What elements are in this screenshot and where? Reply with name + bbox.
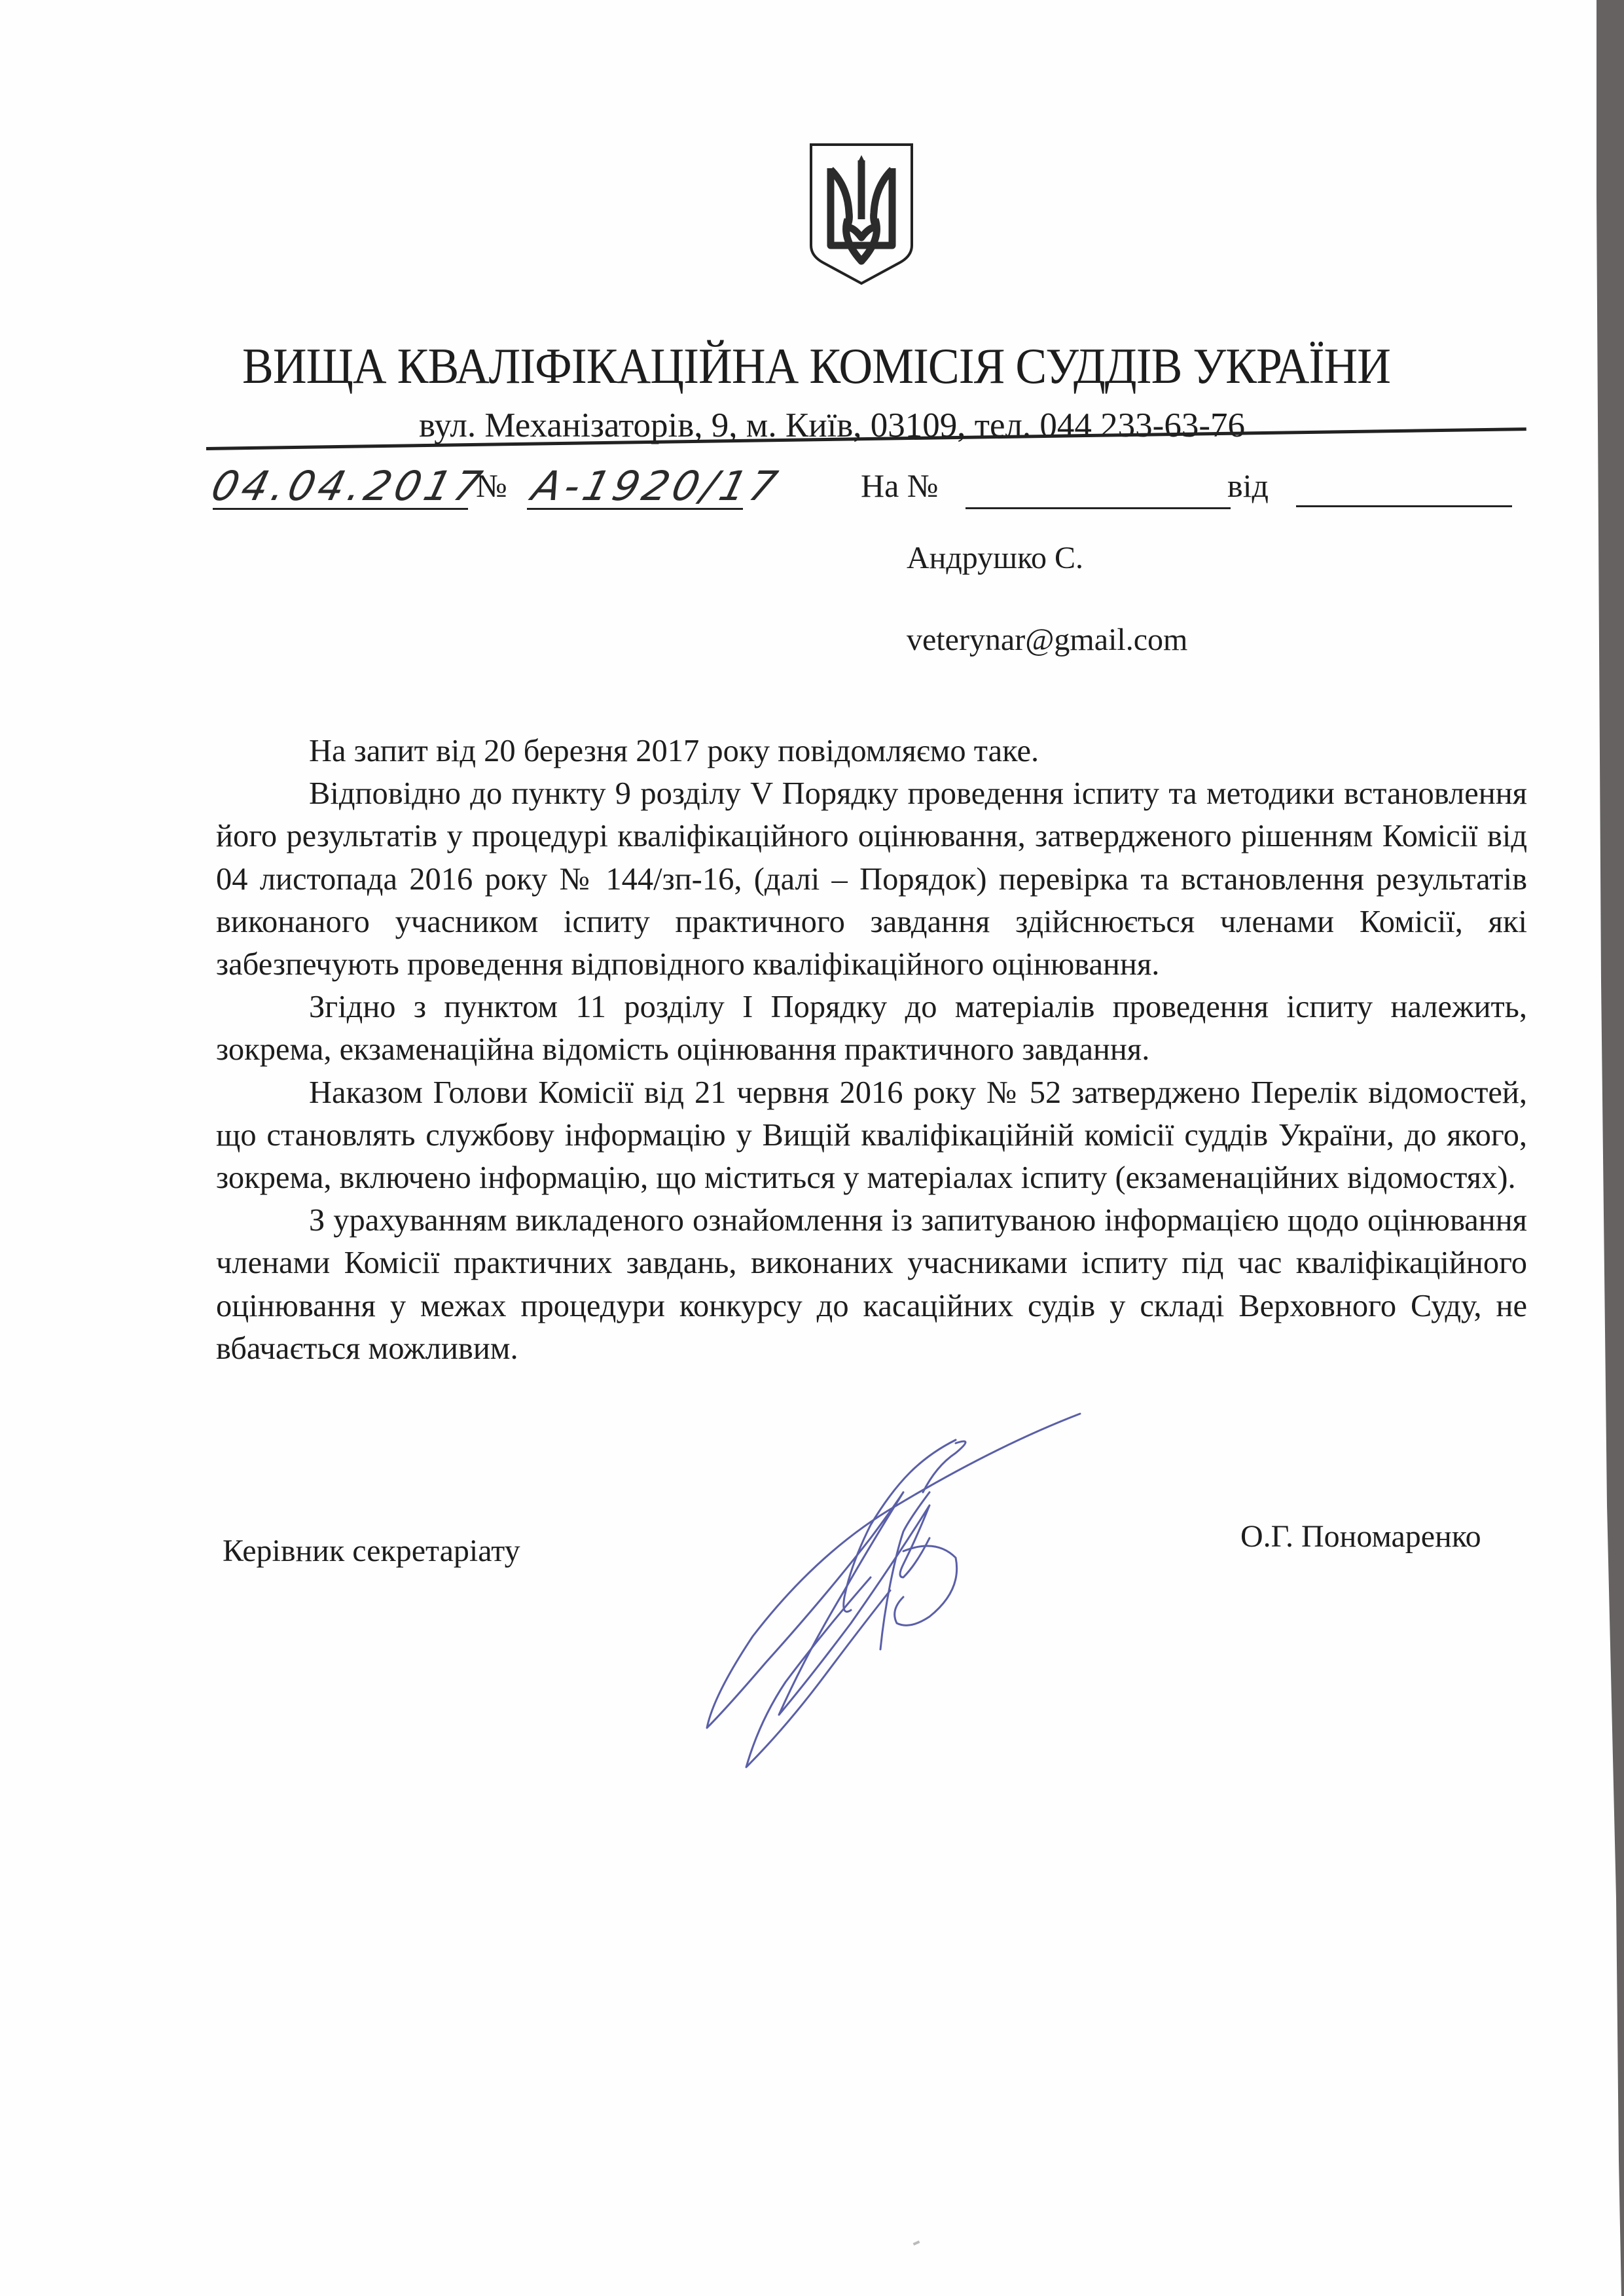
paragraph-procedure: Відповідно до пункту 9 розділу V Порядку… <box>216 772 1527 986</box>
paragraph-materials: Згідно з пунктом 11 розділу I Порядку до… <box>216 986 1527 1071</box>
outgoing-number: А-1920/17 <box>528 462 786 510</box>
paragraph-conclusion: З урахуванням викладеного ознайомлення і… <box>216 1199 1527 1370</box>
from-label: від <box>1227 467 1269 505</box>
recipient-email: veterynar@gmail.com <box>907 622 1187 658</box>
recipient-name: Андрушко С. <box>907 540 1083 576</box>
organization-title: ВИЩА КВАЛІФІКАЦІЙНА КОМІСІЯ СУДДІВ УКРАЇ… <box>242 337 1399 395</box>
registration-row: 04.04.2017 № А-1920/17 На № від <box>206 458 1535 517</box>
coat-of-arms-icon <box>808 141 914 286</box>
outgoing-date: 04.04.2017 <box>207 462 490 510</box>
scan-edge-shadow <box>1585 0 1624 2296</box>
reply-to-underline-ext <box>969 507 1231 509</box>
date-underline <box>213 508 468 510</box>
paragraph-request: На запит від 20 березня 2017 року повідо… <box>216 730 1527 772</box>
reply-to-label: На № <box>861 467 939 505</box>
handwritten-signature-icon <box>655 1401 1113 1793</box>
paragraph-order: Наказом Голови Комісії від 21 червня 201… <box>216 1071 1527 1200</box>
signatory-position: Керівник секретаріату <box>223 1533 520 1569</box>
letter-body: На запит від 20 березня 2017 року повідо… <box>216 730 1527 1370</box>
scan-speck <box>913 2240 920 2246</box>
signatory-name: О.Г. Пономаренко <box>1240 1518 1481 1554</box>
number-sign: № <box>476 467 507 505</box>
number-underline <box>527 508 743 510</box>
from-underline <box>1296 505 1512 507</box>
